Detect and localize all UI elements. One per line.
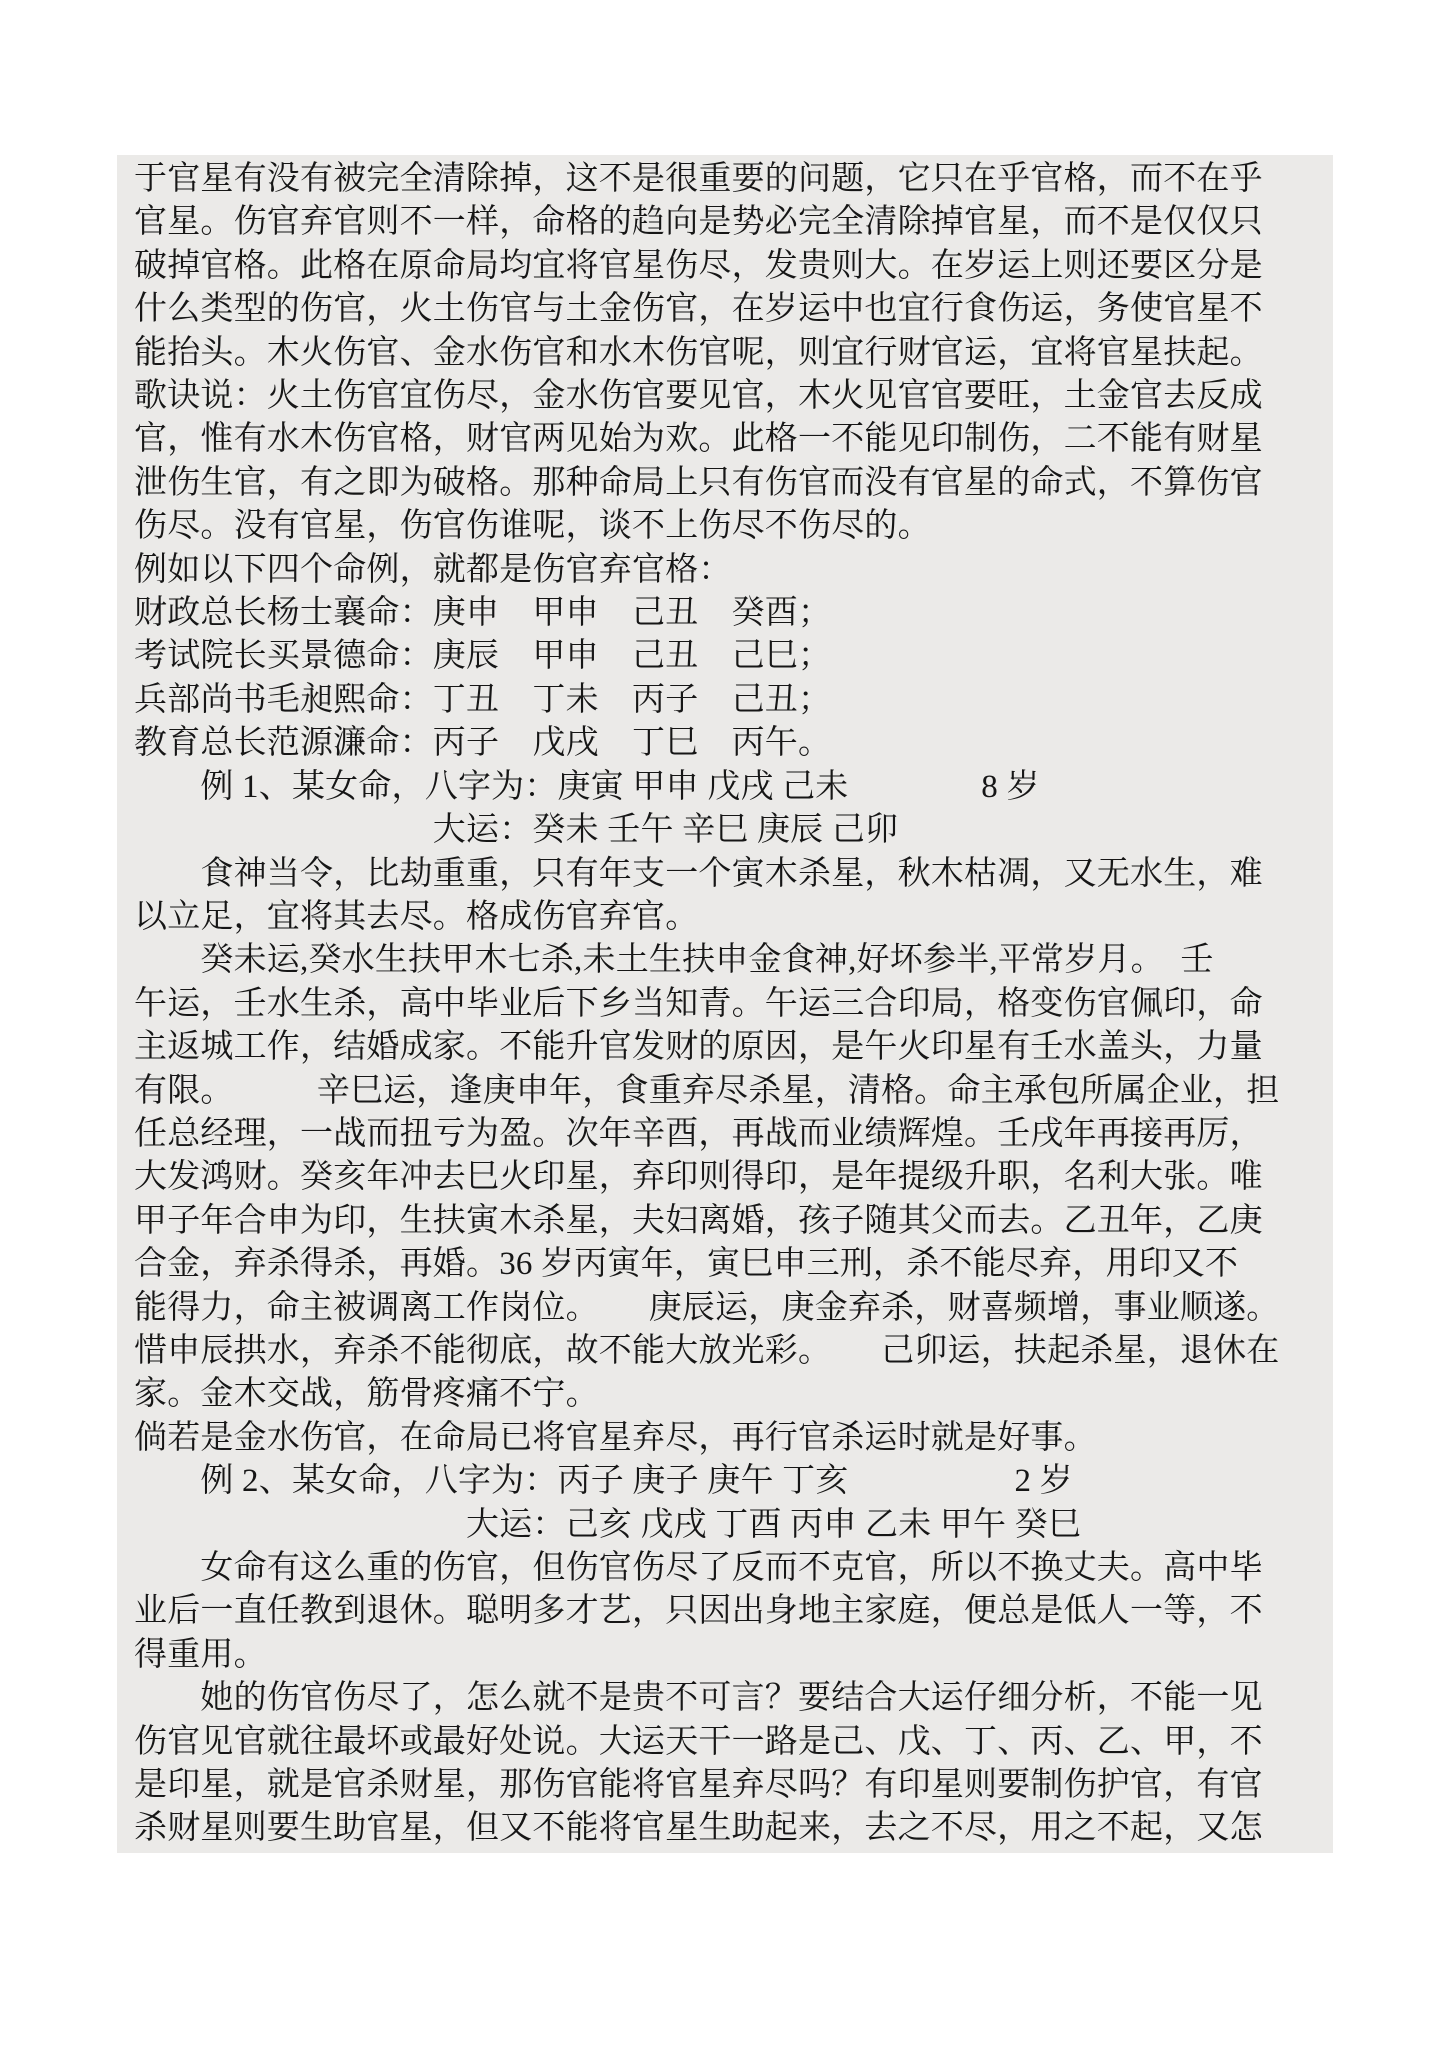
text-line: 破掉官格。此格在原命局均宜将官星伤尽，发贵则大。在岁运上则还要区分是: [134, 245, 1333, 288]
text-line: 她的伤官伤尽了，怎么就不是贵不可言？要结合大运仔细分析，不能一见: [134, 1677, 1333, 1720]
text-line: 业后一直任教到退休。聪明多才艺，只因出身地主家庭，便总是低人一等，不: [134, 1590, 1333, 1633]
text-line: 伤官见官就往最坏或最好处说。大运天干一路是己、戊、丁、丙、乙、甲，不: [134, 1721, 1333, 1764]
text-line: 于官星有没有被完全清除掉，这不是很重要的问题，它只在乎官格，而不在乎: [134, 158, 1333, 201]
text-line: 财政总长杨士襄命：庚申 甲申 己丑 癸酉；: [134, 592, 1333, 635]
text-line: 能得力，命主被调离工作岗位。 庚辰运，庚金弃杀，财喜频增，事业顺遂。: [134, 1287, 1333, 1330]
text-line: 官星。伤官弃官则不一样，命格的趋向是势必完全清除掉官星，而不是仅仅只: [134, 201, 1333, 244]
text-line: 兵部尚书毛昶熙命：丁丑 丁未 丙子 己丑；: [134, 679, 1333, 722]
text-line: 歌诀说：火土伤官宜伤尽，金水伤官要见官，木火见官官要旺，土金官去反成: [134, 375, 1333, 418]
text-line: 惜申辰拱水，弃杀不能彻底，故不能大放光彩。 己卯运，扶起杀星，退休在: [134, 1330, 1333, 1373]
text-panel: 于官星有没有被完全清除掉，这不是很重要的问题，它只在乎官格，而不在乎 官星。伤官…: [117, 155, 1333, 1853]
text-line: 泄伤生官，有之即为破格。那种命局上只有伤官而没有官星的命式，不算伤官: [134, 462, 1333, 505]
text-line: 癸未运,癸水生扶甲木七杀,未土生扶申金食神,好坏参半,平常岁月。 壬: [134, 939, 1333, 982]
text-line: 甲子年合申为印，生扶寅木杀星，夫妇离婚，孩子随其父而去。乙丑年，乙庚: [134, 1200, 1333, 1243]
text-line: 家。金木交战，筋骨疼痛不宁。: [134, 1373, 1333, 1416]
text-line: 是印星，就是官杀财星，那伤官能将官星弃尽吗？有印星则要制伤护官，有官: [134, 1764, 1333, 1807]
text-line: 考试院长买景德命：庚辰 甲申 己丑 己巳；: [134, 635, 1333, 678]
text-line: 午运，壬水生杀，高中毕业后下乡当知青。午运三合印局，格变伤官佩印，命: [134, 983, 1333, 1026]
document-page: 于官星有没有被完全清除掉，这不是很重要的问题，它只在乎官格，而不在乎 官星。伤官…: [0, 0, 1447, 2047]
text-line: 官，惟有水木伤官格，财官两见始为欢。此格一不能见印制伤，二不能有财星: [134, 418, 1333, 461]
text-line: 主返城工作，结婚成家。不能升官发财的原因，是午火印星有壬水盖头，力量: [134, 1026, 1333, 1069]
text-line: 例如以下四个命例，就都是伤官弃官格：: [134, 549, 1333, 592]
text-line: 任总经理，一战而扭亏为盈。次年辛酉，再战而业绩辉煌。壬戌年再接再厉，: [134, 1113, 1333, 1156]
text-line: 食神当令，比劫重重，只有年支一个寅木杀星，秋木枯凋，又无水生，难: [134, 853, 1333, 896]
text-line: 例 1、某女命，八字为：庚寅 甲申 戊戌 己未 8 岁: [134, 766, 1333, 809]
text-line: 什么类型的伤官，火土伤官与土金伤官，在岁运中也宜行食伤运，务使官星不: [134, 288, 1333, 331]
text-line: 倘若是金水伤官，在命局已将官星弃尽，再行官杀运时就是好事。: [134, 1417, 1333, 1460]
text-line: 能抬头。木火伤官、金水伤官和水木伤官呢，则宜行财官运，宜将官星扶起。: [134, 332, 1333, 375]
text-line: 教育总长范源濂命：丙子 戊戌 丁巳 丙午。: [134, 722, 1333, 765]
text-line: 大运：己亥 戊戌 丁酉 丙申 乙未 甲午 癸巳: [134, 1504, 1333, 1547]
text-line: 以立足，宜将其去尽。格成伤官弃官。: [134, 896, 1333, 939]
text-line: 杀财星则要生助官星，但又不能将官星生助起来，去之不尽，用之不起，又怎: [134, 1807, 1333, 1850]
text-line: 合金，弃杀得杀，再婚。36 岁丙寅年，寅巳申三刑，杀不能尽弃，用印又不: [134, 1243, 1333, 1286]
text-line: 得重用。: [134, 1634, 1333, 1677]
text-line: 有限。 辛巳运，逢庚申年，食重弃尽杀星，清格。命主承包所属企业，担: [134, 1070, 1333, 1113]
text-line: 大发鸿财。癸亥年冲去巳火印星，弃印则得印，是年提级升职，名利大张。唯: [134, 1156, 1333, 1199]
text-line: 例 2、某女命，八字为：丙子 庚子 庚午 丁亥 2 岁: [134, 1460, 1333, 1503]
text-line: 大运：癸未 壬午 辛巳 庚辰 己卯: [134, 809, 1333, 852]
text-line: 女命有这么重的伤官，但伤官伤尽了反而不克官，所以不换丈夫。高中毕: [134, 1547, 1333, 1590]
text-line: 伤尽。没有官星，伤官伤谁呢，谈不上伤尽不伤尽的。: [134, 505, 1333, 548]
